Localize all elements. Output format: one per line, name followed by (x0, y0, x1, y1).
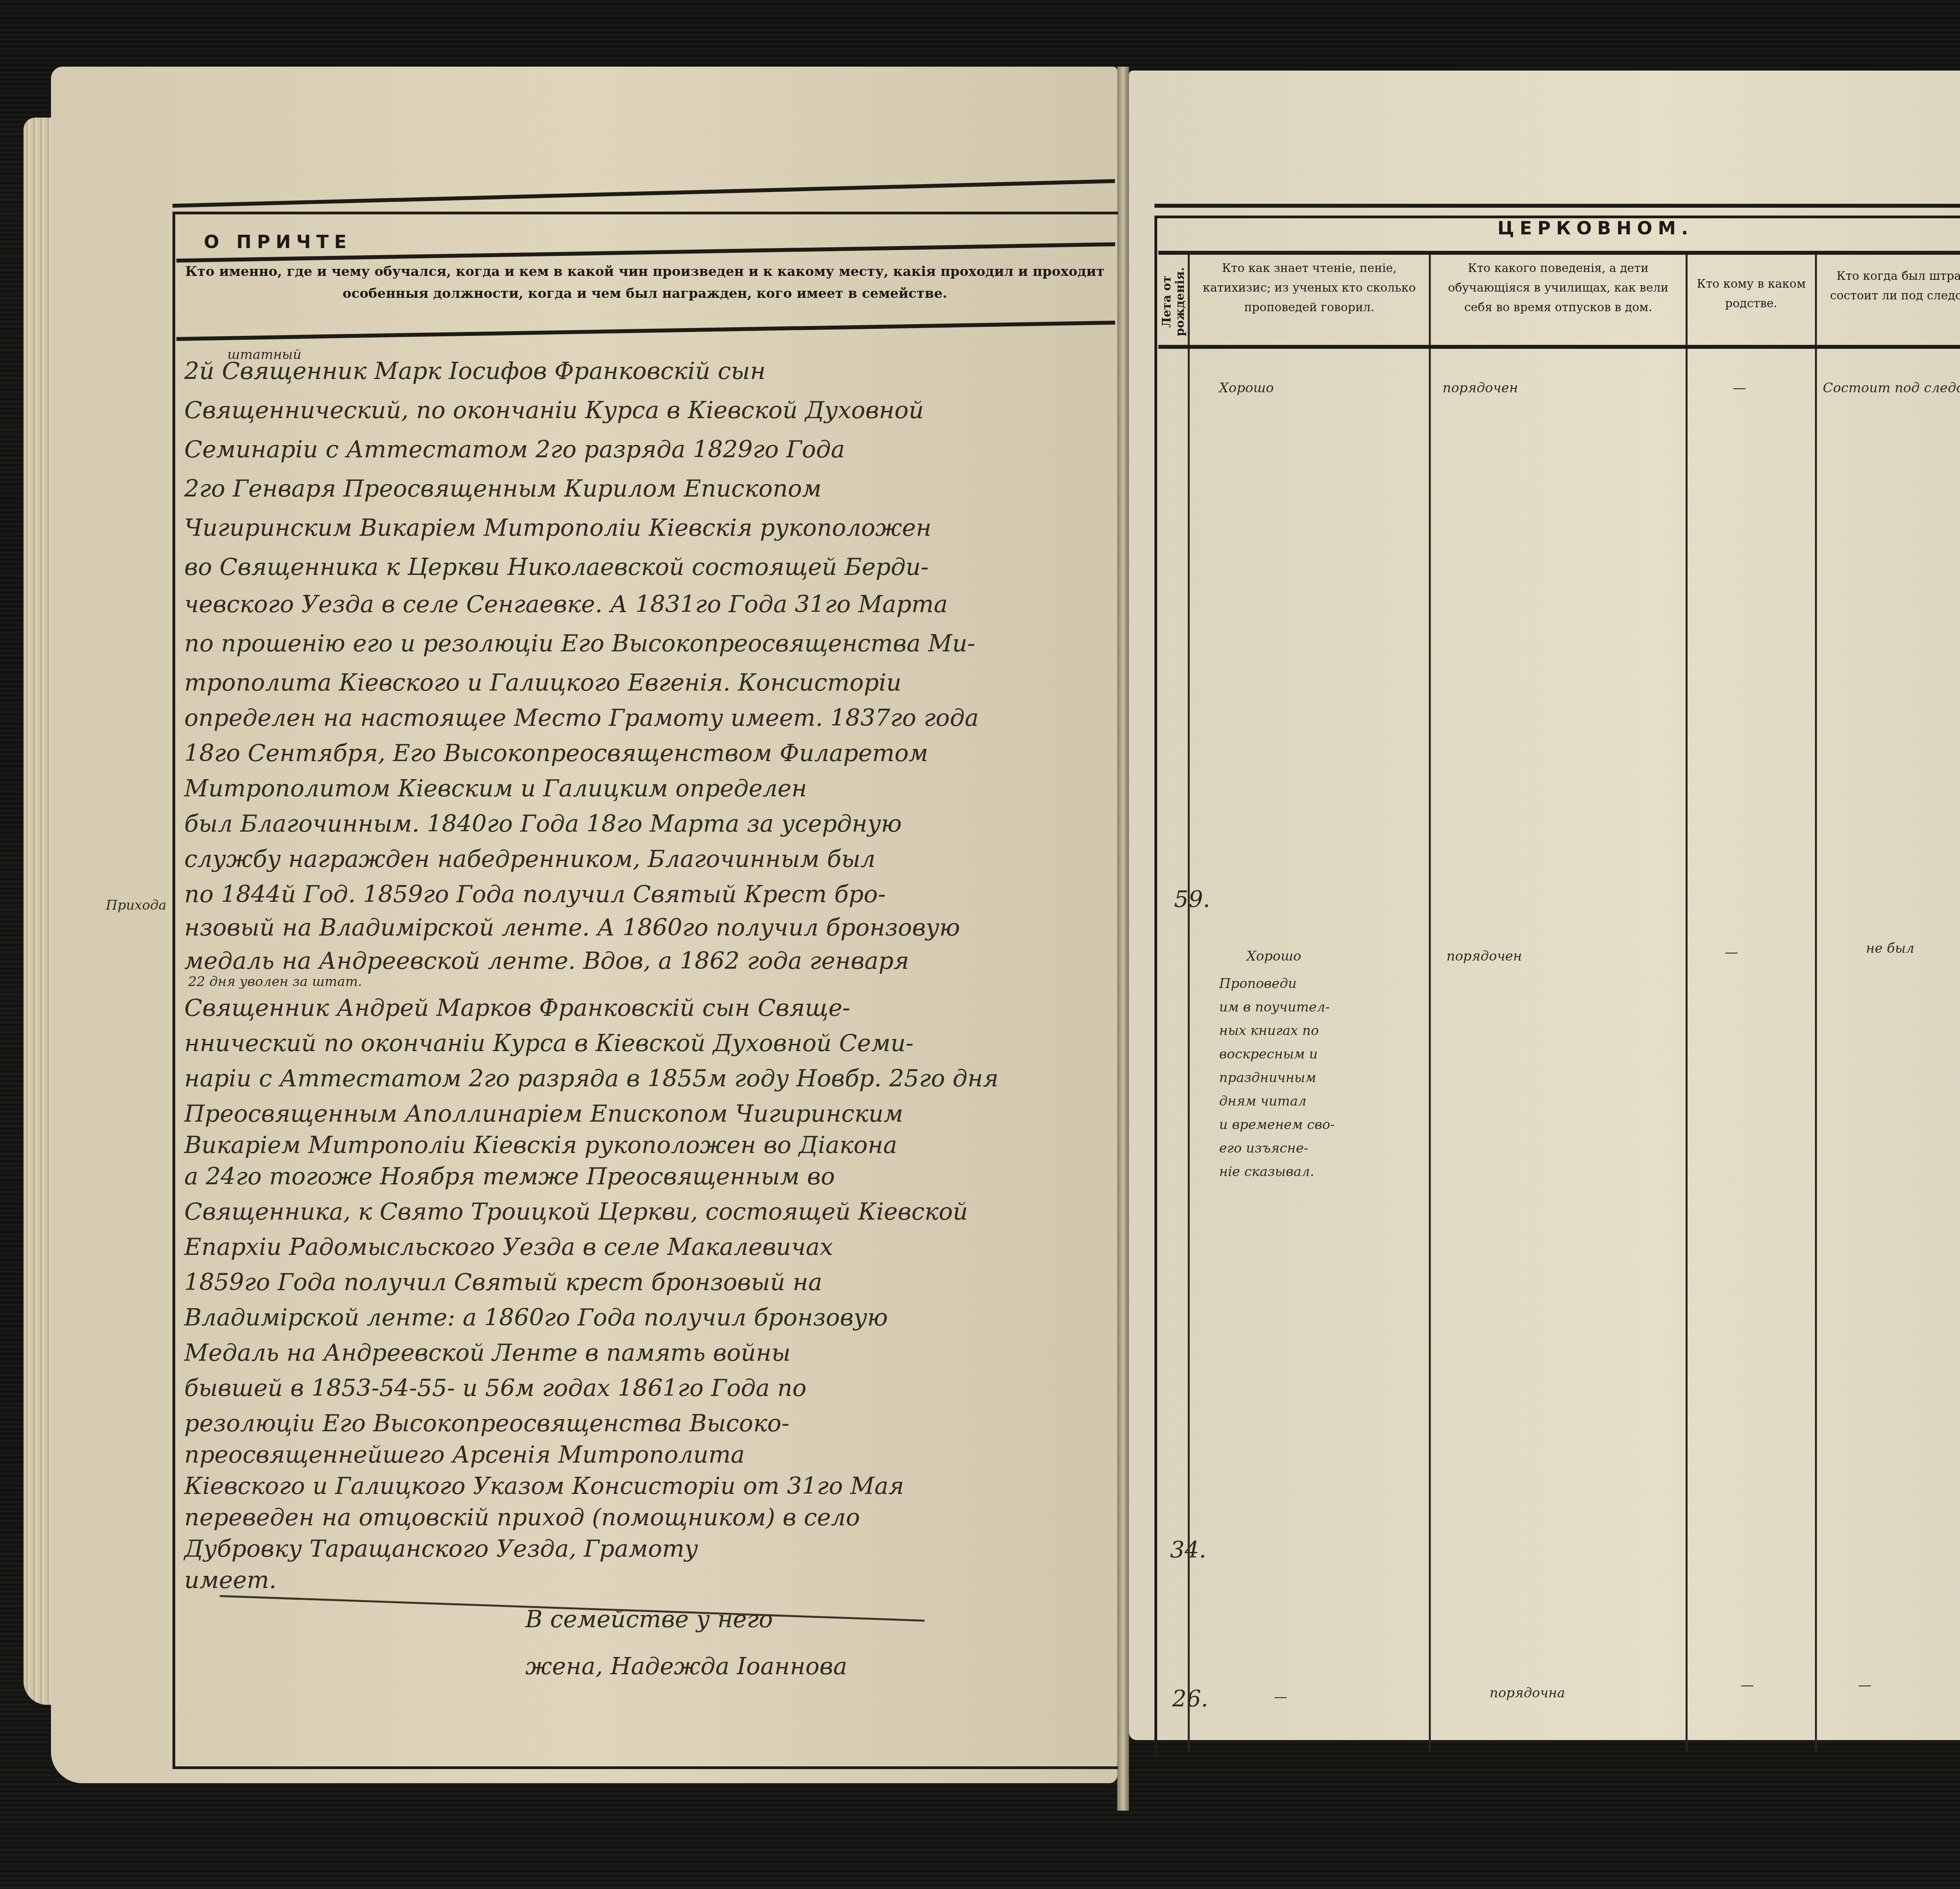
row5-kinship: — (1740, 1673, 1754, 1697)
book-spine (1117, 67, 1129, 1811)
row5-behavior: порядочна (1490, 1681, 1565, 1705)
col-header-behavior: Кто какого поведенія, а дети обучающіяся… (1433, 259, 1684, 317)
right-page-title: ЦЕРКОВНОМ. (1497, 218, 1693, 239)
row3-knowledge-line: им в поучител- (1219, 995, 1330, 1019)
row3-knowledge-line: Проповеди (1219, 972, 1297, 995)
row5-knowledge: — (1274, 1685, 1287, 1709)
entry-1-line: 2го Генваря Преосвященным Кирилом Еписко… (184, 468, 822, 509)
row3-knowledge-line: праздничным (1219, 1066, 1316, 1090)
entry-2-line: имеет. (184, 1560, 276, 1601)
row3-knowledge-line: его изъясне- (1219, 1137, 1308, 1160)
entry-1-line: Митрополитом Кіевским и Галицким определ… (184, 768, 807, 809)
entry-1-line: чевского Уезда в селе Сенгаевке. А 1831г… (184, 584, 948, 625)
row3-knowledge-line: ных книгах по (1219, 1019, 1319, 1042)
entry-1-line: Священнический, по окончаніи Курса в Кіе… (184, 390, 924, 431)
col-divider-age (1188, 255, 1190, 1752)
entry-1-line: Чигиринским Викаріем Митрополіи Кіевскія… (184, 508, 931, 548)
row1-penalties: Состоит под следствіем (1823, 376, 1960, 400)
row1-kinship: — (1733, 376, 1746, 400)
entry-1-line: был Благочинным. 1840го Года 18го Марта … (184, 803, 902, 844)
entry-2-line: наріи с Аттестатом 2го разряда в 1855м г… (184, 1058, 998, 1099)
row5-penalties: — (1858, 1673, 1871, 1697)
right-top-rule (1154, 204, 1960, 208)
row4-age: 34. (1170, 1536, 1206, 1563)
entry-1-line: определен на настоящее Место Грамоту име… (184, 698, 979, 738)
entry-2-line: Владимірской ленте: а 1860го Года получи… (184, 1297, 888, 1338)
entry-2-line: ннический по окончаніи Курса в Кіевской … (184, 1023, 914, 1064)
col-header-kinship: Кто кому в каком родстве. (1690, 274, 1813, 314)
row3-behavior: порядочен (1446, 944, 1522, 968)
row3-knowledge-line: Хорошо (1247, 944, 1301, 968)
row3-knowledge-line: дням читал (1219, 1090, 1307, 1113)
entry-1-line: во Священника к Церкви Николаевской сост… (184, 547, 929, 587)
right-title-rule (1158, 251, 1960, 255)
entry-2-line: Священник Андрей Марков Франковскій сын … (184, 988, 850, 1028)
family-note-line: жена, Надежда Іоаннова (525, 1646, 847, 1687)
col-header-penalties: Кто когда был штрафован или не состоит л… (1819, 266, 1960, 306)
row1-behavior: порядочен (1443, 376, 1518, 400)
entry-2-line: бывшей в 1853-54-55- и 56м годах 1861го … (184, 1368, 806, 1409)
entry-1-line: 2й Священник Марк Іосифов Франковскій сы… (184, 351, 766, 392)
row3-knowledge-line: и временем сво- (1219, 1113, 1335, 1137)
entry-2-line: Епархіи Радомысльского Уезда в селе Мака… (184, 1227, 833, 1267)
col-divider-kinship (1815, 255, 1817, 1752)
entry-2-line: 1859го Года получил Святый крест бронзов… (184, 1262, 822, 1303)
row3-penalties: не был (1866, 937, 1914, 960)
right-header-rule (1158, 345, 1960, 349)
row5-age: 26. (1172, 1685, 1208, 1712)
row3-knowledge-line: воскресным и (1219, 1042, 1318, 1066)
entry-1-line: трополита Кіевского и Галицкого Евгенія.… (184, 662, 902, 703)
col-header-age: Лета от рожденія. (1160, 263, 1184, 341)
margin-note: Прихода (106, 894, 167, 917)
entry-1-line: службу награжден набедренником, Благочин… (184, 839, 875, 879)
entry-2-line: Священника, к Свято Троицкой Церкви, сос… (184, 1191, 968, 1232)
entry-2-line: а 24го тогоже Ноября темже Преосвященным… (184, 1156, 835, 1197)
col-header-knowledge: Кто как знает чтеніе, пеніе, катихизис; … (1192, 259, 1427, 317)
family-note-line: В семействе у него (525, 1599, 773, 1640)
row1-knowledge: Хорошо (1219, 376, 1274, 400)
entry-1-line: Семинаріи с Аттестатом 2го разряда 1829г… (184, 429, 845, 470)
entry-1-line: по прошенію его и резолюціи Его Высокопр… (184, 623, 975, 664)
row2-age: 59. (1174, 886, 1210, 912)
entry-1-line: 18го Сентября, Его Высокопреосвященством… (184, 733, 928, 774)
row3-knowledge-line: ніе сказывал. (1219, 1160, 1314, 1184)
entry-2-line: Медаль на Андреевской Ленте в память вой… (184, 1332, 791, 1373)
col-divider-behavior (1686, 255, 1688, 1752)
left-column-header: Кто именно, где и чему обучался, когда и… (184, 261, 1105, 305)
col-divider-knowledge (1429, 255, 1431, 1752)
row3-kinship: — (1725, 941, 1738, 964)
left-page-title: О ПРИЧТЕ (204, 231, 352, 252)
